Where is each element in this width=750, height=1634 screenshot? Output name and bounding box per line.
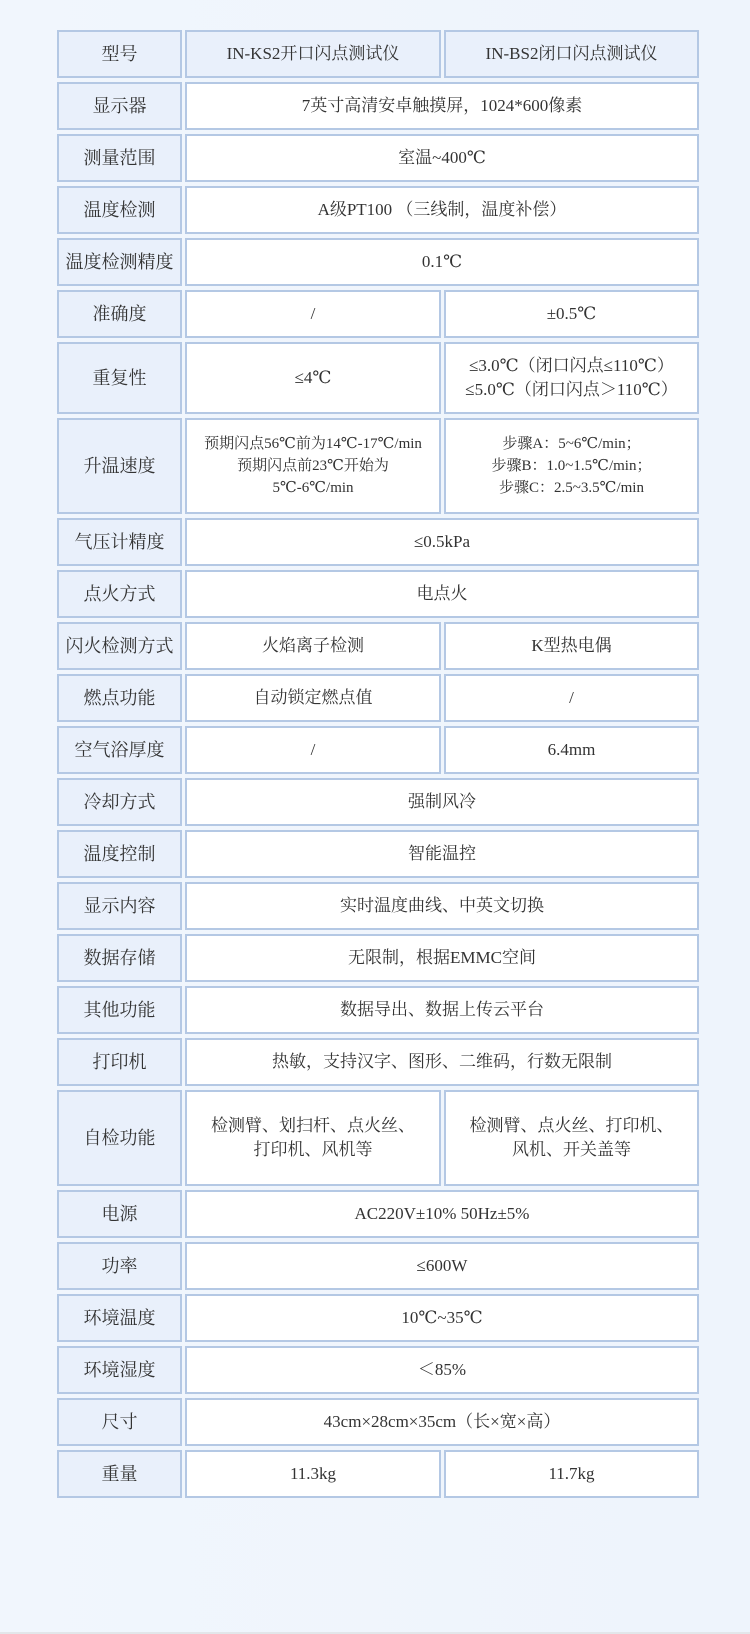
row-value-air-bath-ks2: /	[185, 726, 441, 774]
heating-rate-bs2-line: 步骤A：5~6℃/min；	[502, 433, 640, 455]
row-value-measure-range: 室温~400℃	[185, 134, 699, 182]
header-label-model: 型号	[57, 30, 182, 78]
row-label-weight: 重量	[57, 1450, 182, 1498]
row-value-air-bath-bs2: 6.4mm	[444, 726, 699, 774]
row-value-weight-ks2: 11.3kg	[185, 1450, 441, 1498]
row-label-temp-detection: 温度检测	[57, 186, 182, 234]
row-value-ignition: 电点火	[185, 570, 699, 618]
row-label-data-storage: 数据存储	[57, 934, 182, 982]
row-value-dimensions: 43cm×28cm×35cm（长×宽×高）	[185, 1398, 699, 1446]
row-value-ambient-temp: 10℃~35℃	[185, 1294, 699, 1342]
row-value-self-check-bs2: 检测臂、点火丝、打印机、 风机、开关盖等	[444, 1090, 699, 1186]
row-label-ambient-humidity: 环境湿度	[57, 1346, 182, 1394]
row-value-repeatability-bs2: ≤3.0℃（闭口闪点≤110℃） ≤5.0℃（闭口闪点＞110℃）	[444, 342, 699, 414]
row-label-temp-precision: 温度检测精度	[57, 238, 182, 286]
row-label-air-bath: 空气浴厚度	[57, 726, 182, 774]
row-value-display: 7英寸高清安卓触摸屏，1024*600像素	[185, 82, 699, 130]
row-value-self-check-ks2: 检测臂、划扫杆、点火丝、 打印机、风机等	[185, 1090, 441, 1186]
self-check-ks2-line: 打印机、风机等	[254, 1138, 373, 1162]
row-label-repeatability: 重复性	[57, 342, 182, 414]
row-label-flash-detection: 闪火检测方式	[57, 622, 182, 670]
row-value-accuracy-ks2: /	[185, 290, 441, 338]
row-label-dimensions: 尺寸	[57, 1398, 182, 1446]
row-value-flash-detection-ks2: 火焰离子检测	[185, 622, 441, 670]
row-value-fire-point-bs2: /	[444, 674, 699, 722]
heating-rate-ks2-line: 预期闪点56℃前为14℃-17℃/min	[204, 433, 422, 455]
row-value-temp-detection: A级PT100 （三线制，温度补偿）	[185, 186, 699, 234]
row-label-accuracy: 准确度	[57, 290, 182, 338]
row-value-temp-precision: 0.1℃	[185, 238, 699, 286]
row-label-measure-range: 测量范围	[57, 134, 182, 182]
row-label-display-content: 显示内容	[57, 882, 182, 930]
row-value-heating-rate-ks2: 预期闪点56℃前为14℃-17℃/min 预期闪点前23℃开始为 5℃-6℃/m…	[185, 418, 441, 514]
row-value-printer: 热敏，支持汉字、图形、二维码，行数无限制	[185, 1038, 699, 1086]
heating-rate-ks2-line: 5℃-6℃/min	[272, 477, 353, 499]
row-label-ambient-temp: 环境温度	[57, 1294, 182, 1342]
row-label-printer: 打印机	[57, 1038, 182, 1086]
row-value-fire-point-ks2: 自动锁定燃点值	[185, 674, 441, 722]
row-value-data-storage: 无限制，根据EMMC空间	[185, 934, 699, 982]
self-check-bs2-line: 检测臂、点火丝、打印机、	[470, 1114, 674, 1138]
row-label-fire-point: 燃点功能	[57, 674, 182, 722]
row-value-accuracy-bs2: ±0.5℃	[444, 290, 699, 338]
row-label-display: 显示器	[57, 82, 182, 130]
self-check-bs2-line: 风机、开关盖等	[512, 1138, 631, 1162]
row-value-ambient-humidity: ＜85%	[185, 1346, 699, 1394]
row-label-power-supply: 电源	[57, 1190, 182, 1238]
row-value-repeatability-ks2: ≤4℃	[185, 342, 441, 414]
repeatability-bs2-line: ≤5.0℃（闭口闪点＞110℃）	[465, 378, 677, 402]
row-value-display-content: 实时温度曲线、中英文切换	[185, 882, 699, 930]
spec-table: 型号 IN-KS2开口闪点测试仪 IN-BS2闭口闪点测试仪 显示器 7英寸高清…	[57, 30, 699, 1498]
row-label-self-check: 自检功能	[57, 1090, 182, 1186]
row-label-temp-control: 温度控制	[57, 830, 182, 878]
heating-rate-ks2-line: 预期闪点前23℃开始为	[237, 455, 389, 477]
row-value-flash-detection-bs2: K型热电偶	[444, 622, 699, 670]
header-model-ks2: IN-KS2开口闪点测试仪	[185, 30, 441, 78]
repeatability-bs2-line: ≤3.0℃（闭口闪点≤110℃）	[469, 354, 674, 378]
self-check-ks2-line: 检测臂、划扫杆、点火丝、	[211, 1114, 415, 1138]
header-model-bs2: IN-BS2闭口闪点测试仪	[444, 30, 699, 78]
row-label-power: 功率	[57, 1242, 182, 1290]
row-value-weight-bs2: 11.7kg	[444, 1450, 699, 1498]
row-value-power: ≤600W	[185, 1242, 699, 1290]
heating-rate-bs2-line: 步骤C：2.5~3.5℃/min	[499, 477, 644, 499]
row-value-temp-control: 智能温控	[185, 830, 699, 878]
row-value-power-supply: AC220V±10% 50Hz±5%	[185, 1190, 699, 1238]
row-label-cooling: 冷却方式	[57, 778, 182, 826]
row-label-heating-rate: 升温速度	[57, 418, 182, 514]
row-label-ignition: 点火方式	[57, 570, 182, 618]
row-label-other-functions: 其他功能	[57, 986, 182, 1034]
row-value-other-functions: 数据导出、数据上传云平台	[185, 986, 699, 1034]
row-value-barometer-precision: ≤0.5kPa	[185, 518, 699, 566]
row-value-heating-rate-bs2: 步骤A：5~6℃/min； 步骤B：1.0~1.5℃/min； 步骤C：2.5~…	[444, 418, 699, 514]
row-value-cooling: 强制风冷	[185, 778, 699, 826]
heating-rate-bs2-line: 步骤B：1.0~1.5℃/min；	[492, 455, 652, 477]
row-label-barometer-precision: 气压计精度	[57, 518, 182, 566]
